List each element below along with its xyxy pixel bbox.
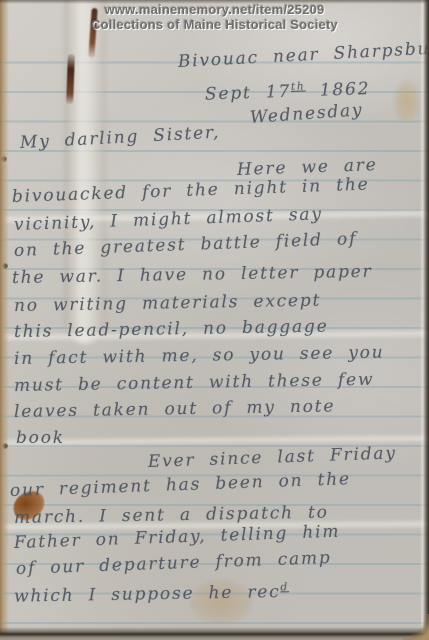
letter-body: Bivouac near SharpsburgSept 17th 1862Wed…	[0, 0, 429, 640]
letter-text: of our departure from camp	[16, 548, 332, 579]
letter-line: My darling Sister,	[19, 123, 220, 153]
letter-line: no writing materials except	[14, 291, 321, 316]
letter-text: leaves taken out of my note	[14, 396, 336, 422]
letter-text: bivouacked for the night in the	[12, 175, 370, 207]
letter-text: 1862	[305, 79, 370, 101]
letter-text: th	[291, 80, 306, 93]
letter-line: Ever since last Friday	[148, 443, 397, 472]
letter-line: bivouacked for the night in the	[12, 175, 370, 207]
letter-text: which I suppose he rec	[14, 582, 281, 607]
letter-line: must be content with these few	[14, 370, 375, 396]
watermark-url: www.mainememory.net/item/25209	[0, 2, 429, 17]
letter-line: vicinity, I might almost say	[14, 204, 323, 235]
paper-edge-left	[0, 0, 9, 640]
letter-line: our regiment has been on the	[10, 469, 351, 501]
letter-line: of our departure from camp	[16, 548, 332, 579]
scanned-letter-page: Bivouac near SharpsburgSept 17th 1862Wed…	[0, 0, 429, 640]
letter-text: the war. I have no letter paper	[12, 262, 373, 288]
paper-edge-bottom	[0, 627, 429, 640]
letter-text: no writing materials except	[14, 291, 321, 316]
letter-text: Ever since last Friday	[148, 443, 397, 472]
letter-text: on the greatest battle field of	[14, 229, 358, 261]
letter-text: must be content with these few	[14, 370, 375, 396]
watermark: www.mainememory.net/item/25209 Collectio…	[0, 2, 429, 32]
letter-line: leaves taken out of my note	[14, 396, 336, 422]
letter-line: on the greatest battle field of	[14, 229, 358, 261]
letter-text: our regiment has been on the	[10, 469, 351, 501]
letter-text: this lead-pencil, no baggage	[14, 317, 329, 342]
paper-corner-bottom-right	[403, 614, 429, 640]
letter-text: My darling Sister,	[19, 123, 220, 153]
letter-line: this lead-pencil, no baggage	[14, 317, 329, 342]
letter-line: in fact with me, so you see you	[14, 343, 385, 369]
letter-text: d	[280, 581, 289, 593]
letter-line: book	[16, 428, 65, 448]
letter-text: Sept 17	[205, 82, 292, 105]
letter-text: vicinity, I might almost say	[14, 204, 323, 235]
letter-line: which I suppose he recd	[14, 581, 289, 606]
letter-text: Bivouac near Sharpsburg	[177, 38, 429, 72]
paper-edge-right	[420, 0, 429, 640]
letter-line: Bivouac near Sharpsburg	[177, 38, 429, 72]
letter-text: Wednesday	[249, 100, 364, 128]
letter-line: the war. I have no letter paper	[12, 262, 373, 288]
letter-text: in fact with me, so you see you	[14, 343, 385, 369]
letter-line: Wednesday	[249, 100, 364, 128]
watermark-credit: Collections of Maine Historical Society	[0, 17, 429, 32]
letter-text: book	[16, 428, 65, 448]
